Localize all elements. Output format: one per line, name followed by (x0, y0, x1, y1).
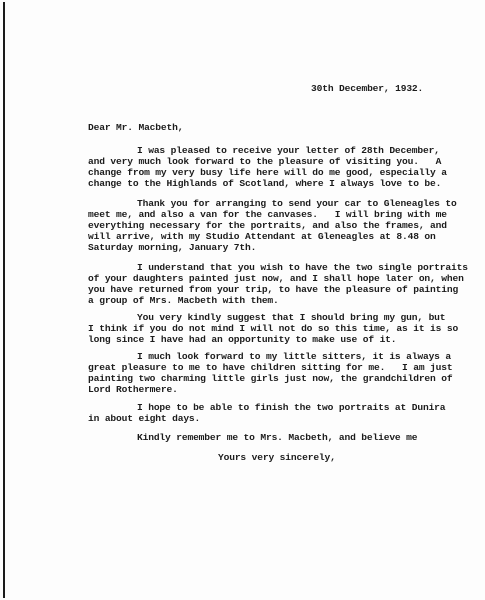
paragraph-5-line-3: painting two charming little girls just … (88, 374, 452, 384)
letter-date: 30th December, 1932. (311, 84, 423, 94)
letter-closing: Yours very sincerely, (218, 453, 336, 463)
paragraph-2-line-5: Saturday morning, January 7th. (88, 243, 256, 253)
paragraph-5-line-4: Lord Rothermere. (88, 385, 178, 395)
paragraph-7-line-1: Kindly remember me to Mrs. Macbeth, and … (137, 433, 417, 443)
paragraph-2-line-1: Thank you for arranging to send your car… (137, 199, 457, 209)
paragraph-6-line-1: I hope to be able to finish the two port… (137, 403, 445, 413)
paragraph-1-line-4: change to the Highlands of Scotland, whe… (88, 179, 441, 189)
paragraph-2-line-4: will arrive, with my Studio Attendant at… (88, 232, 436, 242)
paragraph-5-line-1: I much look forward to my little sitters… (137, 352, 451, 362)
paragraph-3-line-4: a group of Mrs. Macbeth with them. (88, 296, 279, 306)
letter-page: 30th December, 1932. Dear Mr. Macbeth, I… (0, 0, 485, 600)
paragraph-3-line-2: of your daughters painted just now, and … (88, 274, 464, 284)
letter-salutation: Dear Mr. Macbeth, (88, 123, 183, 133)
paragraph-4-line-3: long since I have had an opportunity to … (88, 335, 396, 345)
scan-edge-line (3, 2, 5, 598)
paragraph-3-line-3: you have returned from your trip, to hav… (88, 285, 458, 295)
paragraph-2-line-2: meet me, and also a van for the canvases… (88, 210, 447, 220)
paragraph-1-line-2: and very much look forward to the pleasu… (88, 157, 441, 167)
paragraph-5-line-2: great pleasure to me to have children si… (88, 363, 452, 373)
paragraph-4-line-2: I think if you do not mind I will not do… (88, 324, 458, 334)
paragraph-1-line-1: I was pleased to receive your letter of … (137, 146, 440, 156)
paragraph-6-line-2: in about eight days. (88, 414, 200, 424)
paragraph-3-line-1: I understand that you wish to have the t… (137, 263, 468, 273)
paragraph-4-line-1: You very kindly suggest that I should br… (137, 313, 445, 323)
paragraph-1-line-3: change from my very busy life here will … (88, 168, 447, 178)
paragraph-2-line-3: everything necessary for the portraits, … (88, 221, 447, 231)
